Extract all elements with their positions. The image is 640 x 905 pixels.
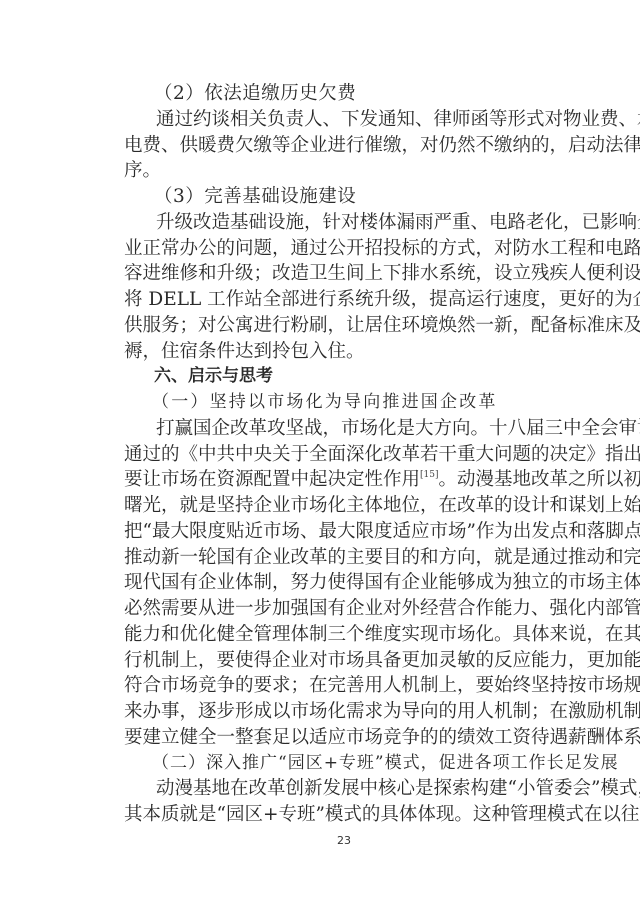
paragraph-line: 序。: [124, 158, 566, 184]
paragraph-line: 曙光，就是坚持企业市场化主体地位，在改革的设计和谋划上始终: [124, 493, 566, 519]
paragraph-line: 行机制上，要使得企业对市场具备更加灵敏的反应能力，更加能够: [124, 648, 566, 674]
paragraph-line: 符合市场竞争的要求；在完善用人机制上，要始终坚持按市场规律: [124, 673, 566, 699]
paragraph-line: 将 DELL 工作站全部进行系统升级，提高运行速度，更好的为企业提: [124, 287, 566, 313]
subsection-heading-two: （二）深入推广“园区+专班”模式，促进各项工作长足发展: [124, 751, 566, 777]
paragraph-line: 电费、供暖费欠缴等企业进行催缴，对仍然不缴纳的，启动法律程: [124, 133, 566, 159]
citation-text-after: 。动漫基地改革之所以初见: [439, 469, 640, 490]
paragraph-line: 通过的《中共中央关于全面深化改革若干重大问题的决定》指出，: [124, 442, 566, 468]
paragraph-line: 容进维修和升级；改造卫生间上下排水系统，设立残疾人便利设施；: [124, 261, 566, 287]
page-number: 23: [300, 834, 388, 847]
paragraph-line: 褥，住宿条件达到拎包入住。: [124, 339, 566, 365]
subsection-heading-2: （2）依法追缴历史欠费: [124, 81, 566, 107]
paragraph-line: 要建立健全一整套足以适应市场竞争的的绩效工资待遇薪酬体系。: [124, 725, 566, 751]
paragraph-line: 动漫基地在改革创新发展中核心是探索构建“小管委会”模式，: [124, 776, 566, 802]
paragraph-line: 打赢国企改革攻坚战，市场化是大方向。十八届三中全会审议: [124, 416, 566, 442]
citation-text-before: 要让市场在资源配置中起决定性作用: [124, 469, 420, 490]
subsection-heading-one: （一）坚持以市场化为导向推进国企改革: [124, 390, 566, 416]
paragraph-line: 必然需要从进一步加强国有企业对外经营合作能力、强化内部管理: [124, 596, 566, 622]
section-heading-six: 六、启示与思考: [124, 364, 566, 390]
paragraph-line: 推动新一轮国有企业改革的主要目的和方向，就是通过推动和完善: [124, 545, 566, 571]
paragraph-line-with-citation: 要让市场在资源配置中起决定性作用[15]。动漫基地改革之所以初见: [124, 467, 566, 493]
paragraph-line: 把“最大限度贴近市场、最大限度适应市场”作为出发点和落脚点。: [124, 519, 566, 545]
paragraph-line: 能力和优化健全管理体制三个维度实现市场化。具体来说，在其运: [124, 622, 566, 648]
document-page: （2）依法追缴历史欠费 通过约谈相关负责人、下发通知、律师函等形式对物业费、水 …: [0, 0, 640, 905]
paragraph-line: 升级改造基础设施，针对楼体漏雨严重、电路老化，已影响企: [124, 210, 566, 236]
paragraph-line: 通过约谈相关负责人、下发通知、律师函等形式对物业费、水: [124, 107, 566, 133]
paragraph-line: 现代国有企业体制，努力使得国有企业能够成为独立的市场主体，这: [124, 570, 566, 596]
paragraph-line: 供服务；对公寓进行粉刷，让居住环境焕然一新，配备标准床及被: [124, 313, 566, 339]
paragraph-line: 业正常办公的问题，通过公开招投标的方式，对防水工程和电路扩: [124, 236, 566, 262]
body-text: （2）依法追缴历史欠费 通过约谈相关负责人、下发通知、律师函等形式对物业费、水 …: [124, 81, 566, 828]
subsection-heading-3: （3）完善基础设施建设: [124, 184, 566, 210]
paragraph-line: 来办事，逐步形成以市场化需求为导向的用人机制；在激励机制上，: [124, 699, 566, 725]
citation-reference: [15]: [420, 470, 438, 480]
paragraph-line: 其本质就是“园区+专班”模式的具体体现。这种管理模式在以往各: [124, 802, 566, 828]
